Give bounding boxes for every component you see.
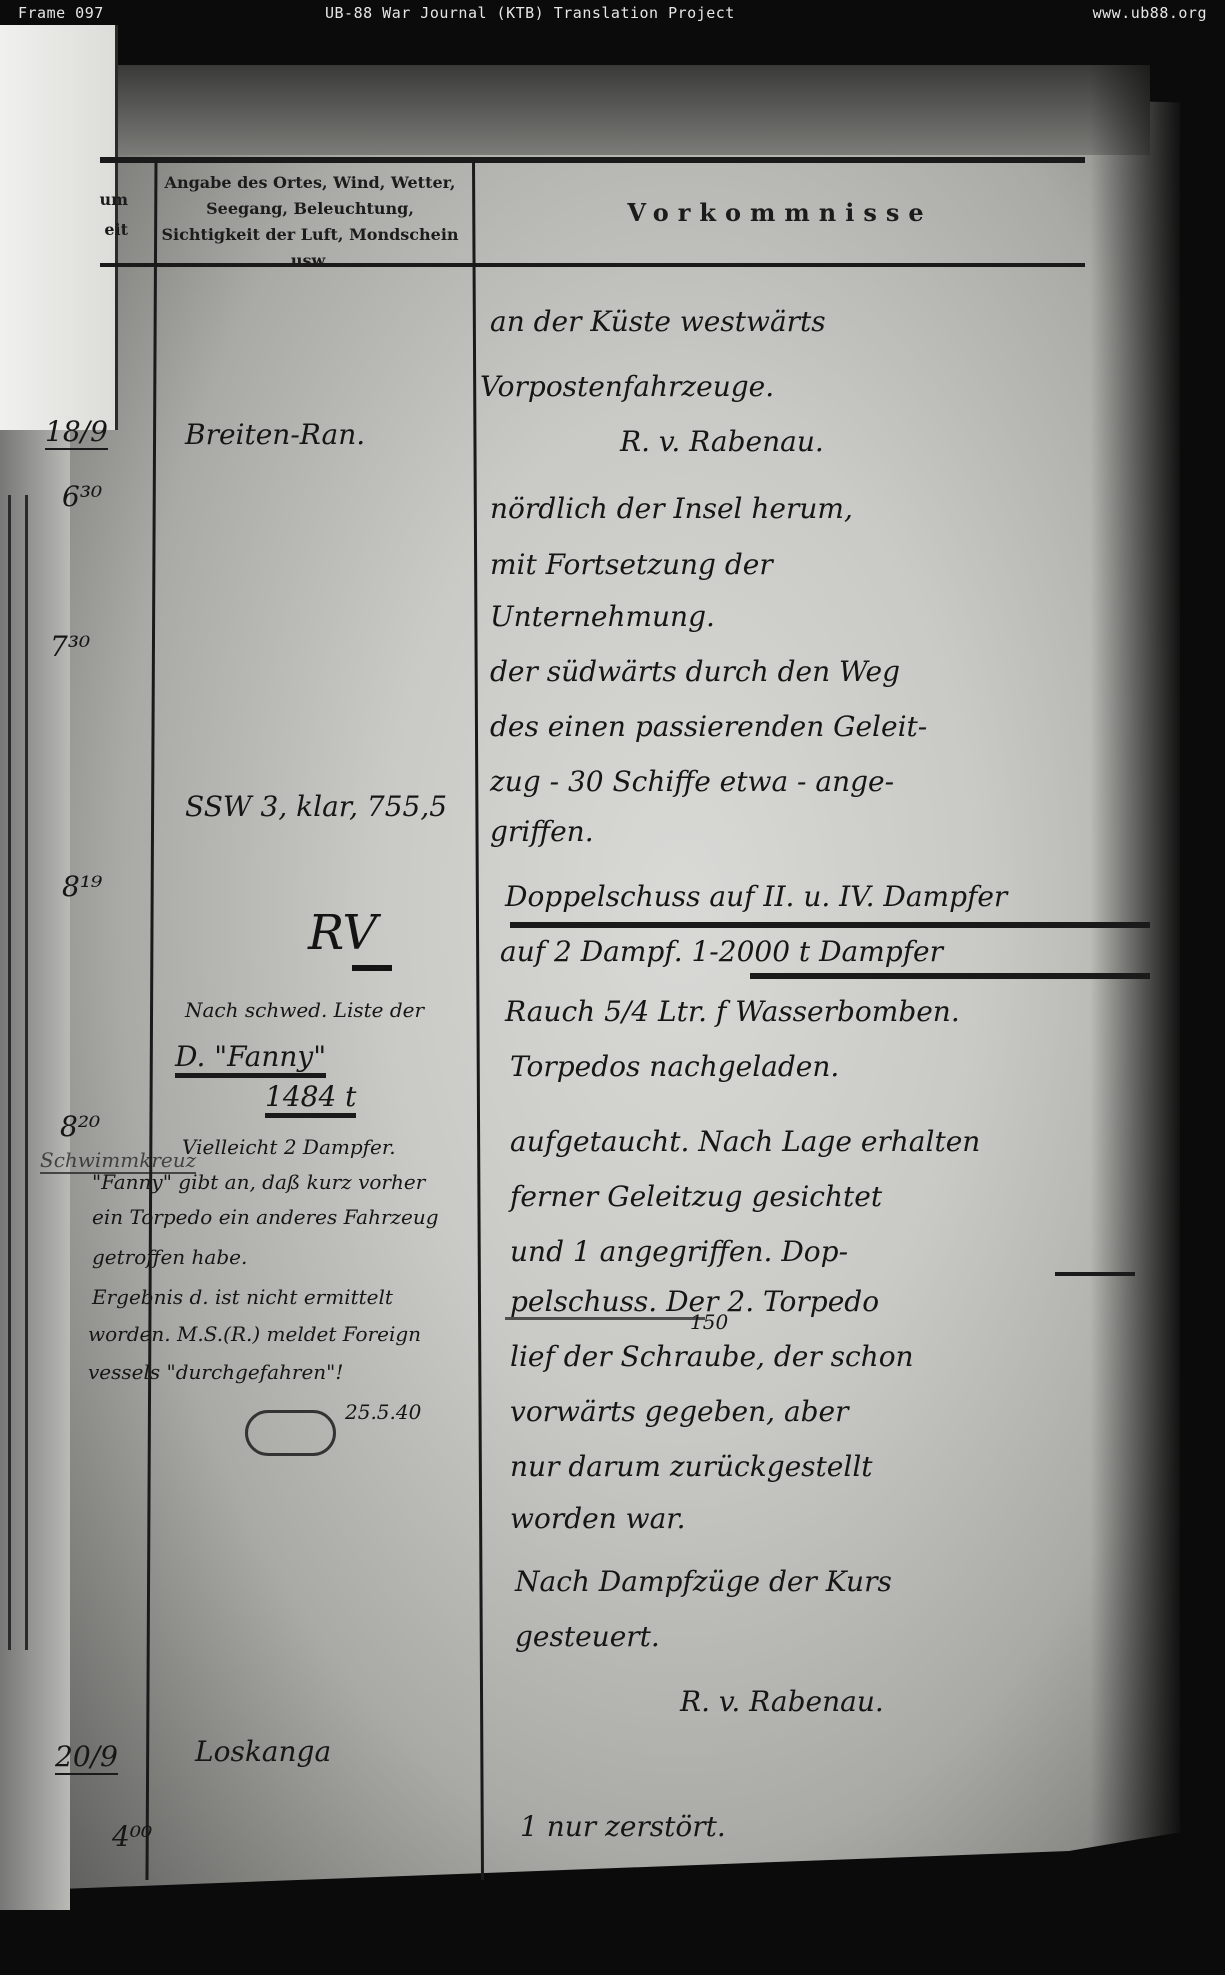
entry-date: 20/9 [55,1740,118,1775]
event-line: mit Fortsetzung der [490,548,773,581]
event-line: Nach Dampfzüge der Kurs [515,1565,892,1598]
header-location-column: Angabe des Ortes, Wind, Wetter, Seegang,… [155,170,465,274]
header-datetime-fragment: um eit [88,185,128,245]
event-line: Torpedos nachgeladen. [510,1050,839,1083]
signature-initial [245,1410,336,1456]
annotation-note: getroffen habe. [92,1245,247,1269]
annotation-note: Vielleicht 2 Dampfer. [182,1135,396,1159]
event-line: aufgetaucht. Nach Lage erhalten [510,1125,980,1158]
event-line: der südwärts durch den Weg [490,655,900,688]
event-line: lief der Schraube, der schon [510,1340,914,1373]
event-underline [510,922,1150,928]
event-line: Rauch 5/4 Ltr. f Wasserbomben. [505,995,960,1028]
event-line: an der Küste westwärts [490,305,826,338]
event-line: Vorpostenfahrzeuge. [480,370,774,403]
event-line: gesteuert. [515,1620,660,1653]
event-line: ferner Geleitzug gesichtet [510,1180,882,1213]
event-line: vorwärts gegeben, aber [510,1395,849,1428]
event-line: nördlich der Insel herum, [490,492,853,525]
location-entry: Breiten-Ran. [185,418,365,451]
entry-time: 8²⁰ [60,1110,100,1143]
entry-time: 8¹⁹ [62,870,102,903]
header-top-rule [100,157,1085,163]
project-title: UB-88 War Journal (KTB) Translation Proj… [325,4,735,22]
annotation-tonnage: 1484 t [265,1080,356,1118]
rv-mark: RV [308,905,377,961]
entry-time: 7³⁰ [50,630,90,663]
page-top-shadow [90,65,1150,155]
event-line: des einen passierenden Geleit- [490,710,927,743]
signature-date: 25.5.40 [345,1400,421,1424]
annotation-line: Nach schwed. Liste der [185,998,424,1022]
event-line: auf 2 Dampf. 1-2000 t Dampfer [500,935,943,968]
event-underline [505,1317,705,1320]
annotation-note: "Fanny" gibt an, daß kurz vorher [92,1170,425,1194]
event-underline [750,973,1150,979]
frame-number: Frame 097 [18,4,104,22]
event-line: 1 nur zerstört. [520,1810,726,1843]
inline-number: 150 [690,1310,728,1334]
event-line: und 1 angegriffen. Dop- [510,1235,848,1268]
event-line: zug - 30 Schiffe etwa - ange- [490,765,894,798]
entry-date: 18/9 [45,415,108,450]
event-line: Doppelschuss auf II. u. IV. Dampfer [505,880,1007,913]
location-entry: SSW 3, klar, 755,5 [185,790,447,823]
annotation-ship-name: D. "Fanny" [175,1040,326,1078]
website-link[interactable]: www.ub88.org [1093,4,1207,22]
entry-time: 6³⁰ [62,480,102,513]
rv-underline [352,965,392,971]
event-line: nur darum zurückgestellt [510,1450,873,1483]
entry-time: 4⁰⁰ [112,1820,152,1853]
event-line: R. v. Rabenau. [620,425,824,458]
event-underline [1055,1272,1135,1276]
frame-info-bar: Frame 097 UB-88 War Journal (KTB) Transl… [0,0,1225,26]
event-line: Unternehmung. [490,600,715,633]
event-line: worden war. [510,1502,686,1535]
annotation-note: Ergebnis d. ist nicht ermittelt [92,1285,393,1309]
header-events-column: Vorkommnisse [480,200,1080,226]
margin-binding-bar [8,495,28,1650]
header-datetime-line-1: um [88,185,128,215]
annotation-note: ein Torpedo ein anderes Fahrzeug [92,1205,439,1229]
annotation-note: worden. M.S.(R.) meldet Foreign [88,1322,421,1346]
event-signature: R. v. Rabenau. [680,1685,884,1718]
header-datetime-line-2: eit [88,215,128,245]
annotation-note: vessels "durchgefahren"! [88,1360,343,1384]
event-line: griffen. [490,815,594,848]
page-right-shadow [1090,60,1225,1960]
location-entry: Loskanga [195,1735,331,1768]
